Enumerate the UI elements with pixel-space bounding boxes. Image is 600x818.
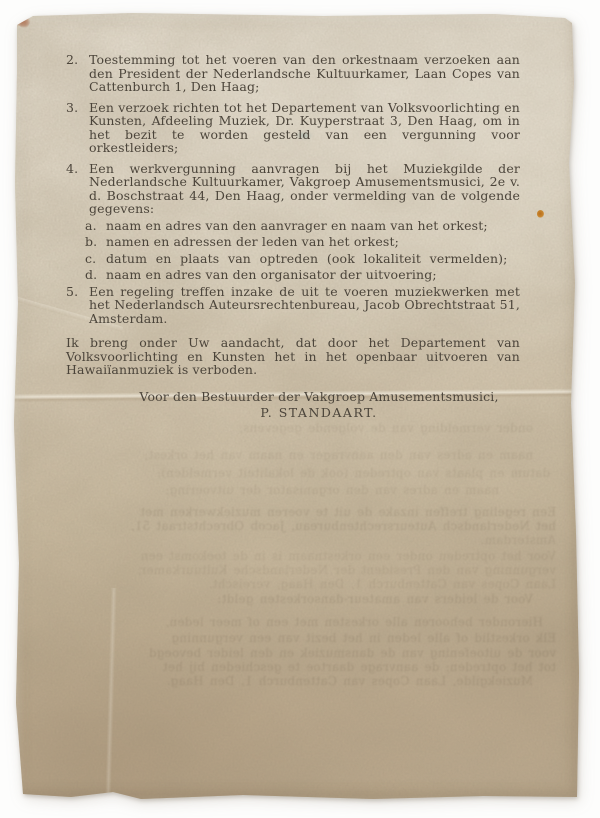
sub-item-d: d. naam en adres van den organisator der…: [85, 268, 520, 282]
paper-shadow-wrap: onder vermelding van de volgende gegeven…: [13, 13, 579, 799]
item-number: 5.: [66, 285, 89, 326]
sub-item-b: b. namen en adressen der leden van het o…: [85, 235, 520, 249]
sub-item-letter: c.: [85, 252, 106, 266]
signature-role-line: Voor den Bestuurder der Vakgroep Amuseme…: [118, 390, 520, 404]
scan-background: onder vermelding van de volgende gegeven…: [0, 0, 600, 818]
paper-sheet: onder vermelding van de volgende gegeven…: [13, 13, 579, 799]
sub-item-letter: b.: [85, 235, 106, 249]
sub-item-text: naam en adres van den organisator der ui…: [106, 268, 520, 282]
item-text: Een regeling treffen inzake de uit te vo…: [89, 285, 520, 326]
letter-body: 2. Toestemming tot het voeren van den or…: [66, 53, 520, 420]
sub-item-list: a. naam en adres van den aanvrager en na…: [66, 219, 520, 282]
sub-item-c: c. datum en plaats van optreden (ook lok…: [85, 252, 520, 266]
list-item-4: 4. Een werkvergunning aanvragen bij het …: [66, 162, 520, 216]
item-number: 2.: [66, 53, 89, 94]
sub-item-a: a. naam en adres van den aanvrager en na…: [85, 219, 520, 233]
list-item-3: 3. Een verzoek richten tot het Departeme…: [66, 101, 520, 155]
item-number: 3.: [66, 101, 89, 155]
item-text: Toestemming tot het voeren van den orkes…: [89, 53, 520, 94]
stain-speck-orange: [537, 210, 544, 218]
sub-item-text: namen en adressen der leden van het orke…: [106, 235, 520, 249]
list-item-2: 2. Toestemming tot het voeren van den or…: [66, 53, 520, 94]
list-item-5: 5. Een regeling treffen inzake de uit te…: [66, 285, 520, 326]
sub-item-text: naam en adres van den aanvrager en naam …: [106, 219, 520, 233]
item-text: Een werkvergunning aanvragen bij het Muz…: [89, 162, 520, 216]
sub-item-text: datum en plaats van optreden (ook lokali…: [106, 252, 520, 266]
sub-item-letter: d.: [85, 268, 106, 282]
signature-name: P. STANDAART.: [118, 406, 520, 420]
signature-block: Voor den Bestuurder der Vakgroep Amuseme…: [66, 390, 520, 420]
sub-item-letter: a.: [85, 219, 106, 233]
closing-paragraph: Ik breng onder Uw aandacht, dat door het…: [66, 336, 520, 377]
item-text: Een verzoek richten tot het Departement …: [89, 101, 520, 155]
item-number: 4.: [66, 162, 89, 216]
